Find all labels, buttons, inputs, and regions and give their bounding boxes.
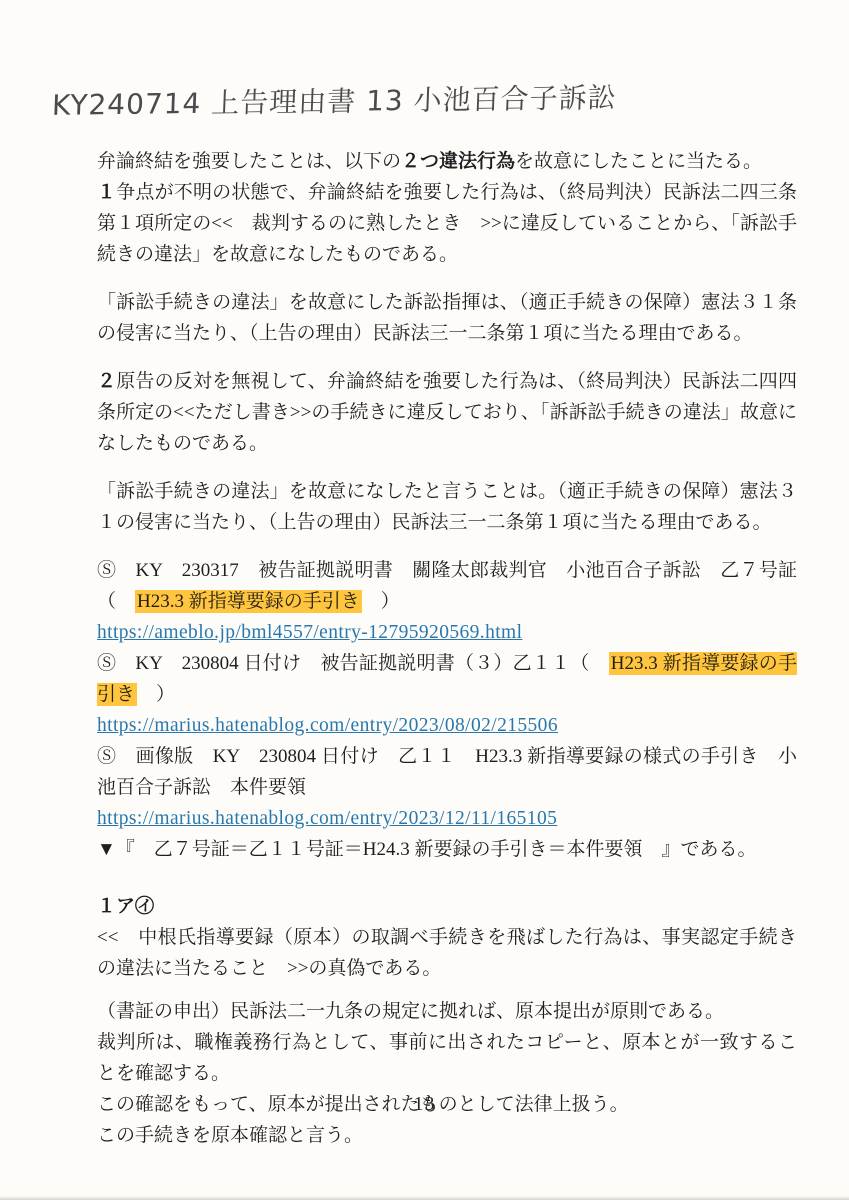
evidence-3-text: Ⓢ 画像版 KY 230804 日付け 乙１１ H23.3 新指導要録の様式の手… (97, 746, 797, 798)
p1-item-number: １ (97, 182, 116, 203)
p4-text: 「訴訟手続きの違法」を故意になしたと言うことは。（適正手続きの保障）憲法３１の侵… (97, 481, 797, 533)
page-number: 13 (0, 1093, 849, 1116)
paragraph-2: 「訴訟手続きの違法」を故意にした訴訟指揮は、（適正手続きの保障）憲法３１条の侵害… (97, 287, 797, 349)
handwritten-header: KY240714 上告理由書 13 小池百合子訴訟 (51, 76, 612, 124)
evidence-2-close: ） (137, 684, 175, 705)
evidence-item-2-url-line: https://marius.hatenablog.com/entry/2023… (97, 710, 797, 741)
scanned-page: KY240714 上告理由書 13 小池百合子訴訟 弁論終結を強要したことは、以… (0, 0, 849, 1200)
link-hatenablog-1[interactable]: https://marius.hatenablog.com/entry/2023… (97, 715, 558, 736)
evidence-summary: ▼『 乙７号証＝乙１１号証＝H24.3 新要録の手引き＝本件要領 』である。 (97, 834, 797, 865)
section-body-text: << 中根氏指導要録（原本）の取調べ手続きを飛ばした行為は、事実認定手続きの違法… (97, 927, 797, 979)
evidence-1-close: ） (362, 591, 400, 612)
document-body: 弁論終結を強要したことは、以下の２つ違法行為を故意にしたことに当たる。１争点が不… (97, 146, 797, 1151)
paragraph-3: ２原告の反対を無視して、弁論終結を強要した行為は、（終局判決）民訴法二四四条所定… (97, 366, 797, 459)
closing-line-2: 裁判所は、職権義務行為として、事前に出されたコピーと、原本とが一致することを確認… (97, 1032, 797, 1084)
scan-edge (0, 1196, 849, 1200)
evidence-item-3: Ⓢ 画像版 KY 230804 日付け 乙１１ H23.3 新指導要録の様式の手… (97, 741, 797, 803)
p1-text-2: を故意にしたことに当たる。 (515, 151, 762, 172)
p1-text-3: 争点が不明の状態で、弁論終結を強要した行為は、（終局判決）民訴法二四三条第１項所… (97, 182, 797, 265)
paragraph-4: 「訴訟手続きの違法」を故意になしたと言うことは。（適正手続きの保障）憲法３１の侵… (97, 476, 797, 538)
link-ameblo[interactable]: https://ameblo.jp/bml4557/entry-12795920… (97, 622, 522, 643)
section-heading-text: １ア㋑ (97, 896, 154, 917)
paragraph-1: 弁論終結を強要したことは、以下の２つ違法行為を故意にしたことに当たる。１争点が不… (97, 146, 797, 270)
link-hatenablog-2[interactable]: https://marius.hatenablog.com/entry/2023… (97, 808, 557, 829)
section-body: << 中根氏指導要録（原本）の取調べ手続きを飛ばした行為は、事実認定手続きの違法… (97, 922, 797, 984)
highlight-h23-guide-1: H23.3 新指導要録の手引き (135, 590, 362, 613)
p1-text-1: 弁論終結を強要したことは、以下の (97, 151, 401, 172)
closing-line-4: この手続きを原本確認と言う。 (97, 1125, 363, 1146)
evidence-summary-text: ▼『 乙７号証＝乙１１号証＝H24.3 新要録の手引き＝本件要領 』である。 (97, 839, 757, 860)
p2-text: 「訴訟手続きの違法」を故意にした訴訟指揮は、（適正手続きの保障）憲法３１条の侵害… (97, 292, 797, 344)
closing-line-1: （書証の申出）民訴法二一九条の規定に拠れば、原本提出が原則である。 (97, 1001, 724, 1022)
paragraph-closing: （書証の申出）民訴法二一九条の規定に拠れば、原本提出が原則である。裁判所は、職権… (97, 996, 797, 1151)
p1-bold-violations: ２つ違法行為 (401, 151, 515, 172)
section-heading: １ア㋑ (97, 891, 797, 922)
evidence-item-1: Ⓢ KY 230317 被告証拠説明書 關隆太郎裁判官 小池百合子訴訟 乙７号証… (97, 555, 797, 617)
evidence-item-1-url-line: https://ameblo.jp/bml4557/entry-12795920… (97, 617, 797, 648)
p3-item-number: ２ (97, 371, 116, 392)
p3-text: 原告の反対を無視して、弁論終結を強要した行為は、（終局判決）民訴法二四四条所定の… (97, 371, 797, 454)
evidence-2-text: Ⓢ KY 230804 日付け 被告証拠説明書（３）乙１１（ (97, 653, 609, 674)
evidence-item-3-url-line: https://marius.hatenablog.com/entry/2023… (97, 803, 797, 834)
evidence-item-2: Ⓢ KY 230804 日付け 被告証拠説明書（３）乙１１（ H23.3 新指導… (97, 648, 797, 710)
evidence-list: Ⓢ KY 230317 被告証拠説明書 關隆太郎裁判官 小池百合子訴訟 乙７号証… (97, 555, 797, 865)
